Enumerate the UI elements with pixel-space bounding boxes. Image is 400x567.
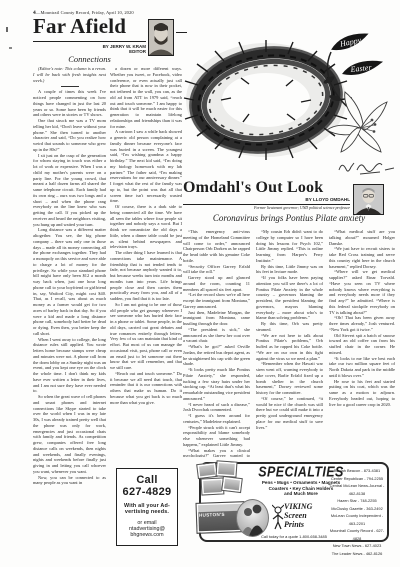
paragraph: “People struck with it can't accept resp… [183,425,250,448]
far-afield-column-1: (Editor's note: This column is a rerun. … [33,66,106,556]
product-photo [221,476,243,493]
paragraph: The Leader News - 462-8126 [327,550,387,558]
paragraph: Hazen Star - 748-2255 [327,497,387,505]
far-afield-column-2: a dozen or more different ways. Whether … [110,66,182,465]
paragraph: a dozen or more different ways. Whether … [110,66,182,129]
newspaper-phone-list: Beulah Beacon - 873-4381Center Republica… [327,467,387,557]
editor-portrait-illustration [149,20,173,55]
scan-speck [6,27,8,32]
paragraph: New Town News - 627-4023 [327,542,387,550]
product-photo [196,462,218,479]
call-word: Call [117,474,177,486]
svg-text:Easter: Easter [349,63,373,74]
omdahl-column-3: “What medical stuff are you talking abou… [329,229,395,457]
far-afield-title: Far Afield [33,14,126,39]
paragraph: “Reach out and touch someone.” Do it bec… [110,371,182,406]
paragraph: A couple of times this week I've noticed… [33,89,106,118]
omdahl-column-2: “My cousin Erb didn't want to do college… [256,229,323,457]
paragraph: Mountrail County Record - 627-4828 [327,527,387,542]
paragraph: “Remember when the Hawaii war siren went… [256,361,323,396]
paragraph: Center Republican - 794-2255 [327,475,387,483]
paragraph: Central McLean News-Journal - 462-8138 [327,482,387,497]
paragraph: “What's he got?” asked Orville Jordan, t… [183,344,250,367]
paragraph: By this time, Little Jimmy was on his fe… [256,264,323,276]
omdahl-photo [353,184,384,215]
paragraph: “Security Officer Garvey Erfald will tak… [183,264,250,276]
hustons-label: HUSTON'S [199,512,225,518]
paragraph: McLean County Independent - 463-2201 [327,512,387,527]
paragraph: Now, you can be connected to as many peo… [33,475,106,487]
couple-photo-oval [236,499,269,537]
paragraph: “Oh! That has been given away three time… [329,315,395,332]
paragraph: “What makes you a clinical psychologist?… [183,448,250,458]
paragraph: So I am not going to be one of those old… [110,302,182,371]
paragraph: “I guess it's been around for centuries,… [183,413,250,425]
paragraph: Beulah Beacon - 873-4381 [327,467,387,475]
column-subject-title: Connections [33,54,146,64]
ad-phone-number: 627-4829 [117,486,177,498]
paragraph: By this time, Orb was pretty steamed. [256,321,323,333]
scan-speck [9,47,12,49]
paragraph: “It looks to me like we best each take o… [329,356,395,379]
ad-email-line2: bhgnews.com [117,532,177,538]
paragraph: “We are not here to talk about Pontius P… [256,333,323,362]
greeting-leaf-happy: Happy [329,31,371,51]
artist-signature [336,159,394,175]
omdahl-headline: Coronavirus brings Pontius Pilate anxiet… [183,213,395,223]
paragraph: “Where will we get medical supplies?” as… [329,269,395,315]
paragraph: One that struck me was a TV mom telling … [33,118,106,153]
omdahl-rule [183,204,350,205]
viking-mascot-icon [272,504,284,530]
paragraph: “It looks pretty much like Pontius Pilat… [183,367,250,402]
editor-photo [148,19,174,56]
paragraph: Long distance was a different matter alt… [33,227,106,336]
paragraph: “If you folks have been paying attention… [256,275,323,321]
paragraph: He rose to his feet and started putting … [329,379,395,408]
paragraph: “I never heard of such a disease,” Josh … [183,402,250,414]
paragraph: “What medical stuff are you talking abou… [329,229,395,246]
paragraph: “My cousin Erb didn't want to do college… [256,229,323,264]
paragraph: Old Sievert spit a batch of snoose towar… [329,333,395,356]
product-photo [215,460,237,477]
ad-needs-line2: vertising needs. [117,509,177,515]
paragraph: Of course, there is a dark side to being… [110,204,182,250]
omdahl-portrait-illustration [354,185,383,214]
paragraph: (Editor's note: This column is a rerun. … [33,66,106,83]
advertising-classified-ad: Call 627-4829 With all your Ad- vertisin… [116,468,178,546]
paragraph [61,86,79,87]
paragraph: When I went away to college, the long di… [33,337,106,395]
paragraph: A cartoon I saw a while back showed a ge… [110,129,182,204]
easter-crown-of-thorns-art: Happy Easter [183,22,395,162]
paragraph: “The president is sick,” she announced a… [183,327,250,344]
paragraph: “We just have to recruit sisters to take… [329,246,395,269]
paragraph: “This emergency anti-virus meeting of th… [183,229,250,264]
newspaper-page: 4—Mountrail County Record, Friday, April… [0,0,400,567]
paragraph: “Of course,” he continued, “it would be … [256,396,323,431]
greeting-leaf-easter: Easter [341,59,384,76]
omdahl-byline-role: Former lieutenant governor; UND politica… [180,206,350,210]
paragraph: The other thing I have learned is that c… [110,250,182,302]
paragraph: I sit just on the cusp of the generation… [33,153,106,228]
paragraph: McClusky Gazette - 363-2492 [327,505,387,513]
omdahl-column-1: “This emergency anti-virus meeting of th… [183,229,250,457]
omdahl-byline: BY LLOYD OMDAHL [230,197,350,202]
paragraph: Just then, Madeleine Morgan, the immigra… [183,310,250,327]
paragraph: So when the great wave of cell phones an… [33,394,106,475]
paragraph: Garvey stood up and glanced around the r… [183,275,250,292]
far-afield-rule [33,41,146,42]
paragraph: “Let the record show we're all here exce… [183,292,250,309]
omdahl-title: Omdahl's Out Look [183,179,323,197]
